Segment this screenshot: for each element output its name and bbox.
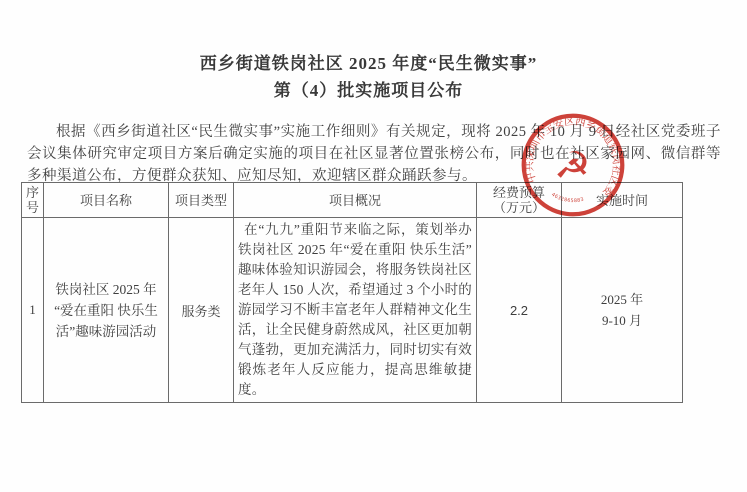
cell-time: 2025 年 9-10 月 <box>562 218 683 403</box>
header-project-type: 项目类型 <box>169 183 234 218</box>
cell-index: 1 <box>22 218 44 403</box>
cell-project-name: 铁岗社区 2025 年“爱在重阳 快乐生活”趣味游园活动 <box>44 218 169 403</box>
header-index: 序号 <box>22 183 44 218</box>
projects-table: 序号 项目名称 项目类型 项目概况 经费预算 （万元） 实施时间 1 铁岗社区 … <box>21 182 683 403</box>
table-row: 1 铁岗社区 2025 年“爱在重阳 快乐生活”趣味游园活动 服务类 在“九九”… <box>22 218 683 403</box>
document-title-line2: 第（4）批实施项目公布 <box>0 77 737 104</box>
document-title-line1: 西乡街道铁岗社区 2025 年度“民生微实事” <box>0 50 737 77</box>
table-header-row: 序号 项目名称 项目类型 项目概况 经费预算 （万元） 实施时间 <box>22 183 683 218</box>
header-time: 实施时间 <box>562 183 683 218</box>
document-title: 西乡街道铁岗社区 2025 年度“民生微实事” 第（4）批实施项目公布 <box>0 50 737 104</box>
cell-budget: 2.2 <box>477 218 562 403</box>
header-budget: 经费预算 （万元） <box>477 183 562 218</box>
header-project-name: 项目名称 <box>44 183 169 218</box>
intro-paragraph: 根据《西乡街道社区“民生微实事”实施工作细则》有关规定，现将 2025 年 10… <box>27 121 721 187</box>
scanned-notice-page: 西乡街道铁岗社区 2025 年度“民生微实事” 第（4）批实施项目公布 根据《西… <box>0 0 747 492</box>
header-project-summary: 项目概况 <box>234 183 477 218</box>
cell-project-summary: 在“九九”重阳节来临之际，策划举办铁岗社区 2025 年“爱在重阳 快乐生活”趣… <box>234 218 477 403</box>
cell-project-type: 服务类 <box>169 218 234 403</box>
